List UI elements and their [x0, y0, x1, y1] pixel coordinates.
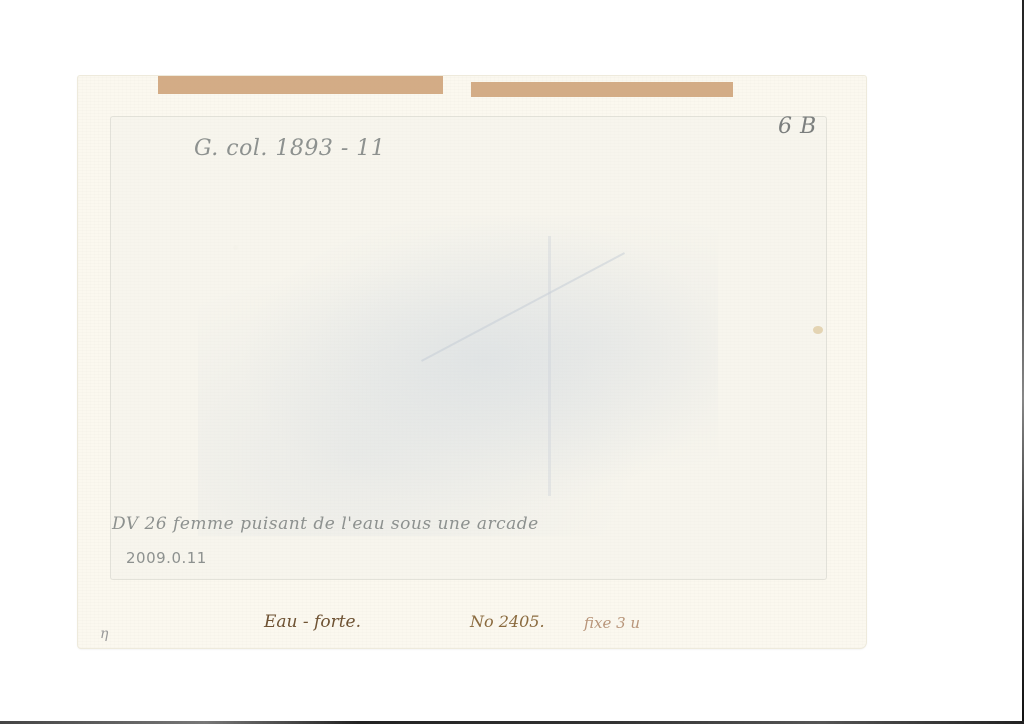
margin-mark: η [100, 626, 109, 642]
plate-mark [110, 116, 827, 580]
new-inventory-number: 2009.0.11 [126, 549, 207, 567]
old-inventory-number: G. col. 1893 - 11 [194, 136, 385, 161]
print-sheet-verso: G. col. 1893 - 11 6 B DV 26 femme puisan… [78, 76, 866, 648]
foxing-stain [813, 326, 823, 334]
price-note: fixe 3 u [584, 614, 640, 632]
technique-label: Eau - forte. [264, 612, 361, 632]
catalogue-title: DV 26 femme puisant de l'eau sous une ar… [112, 514, 539, 534]
lot-code: 6 B [778, 114, 817, 139]
mounting-tape-left [158, 76, 443, 94]
mounting-tape-right [471, 82, 733, 97]
catalogue-number: No 2405. [470, 612, 545, 631]
